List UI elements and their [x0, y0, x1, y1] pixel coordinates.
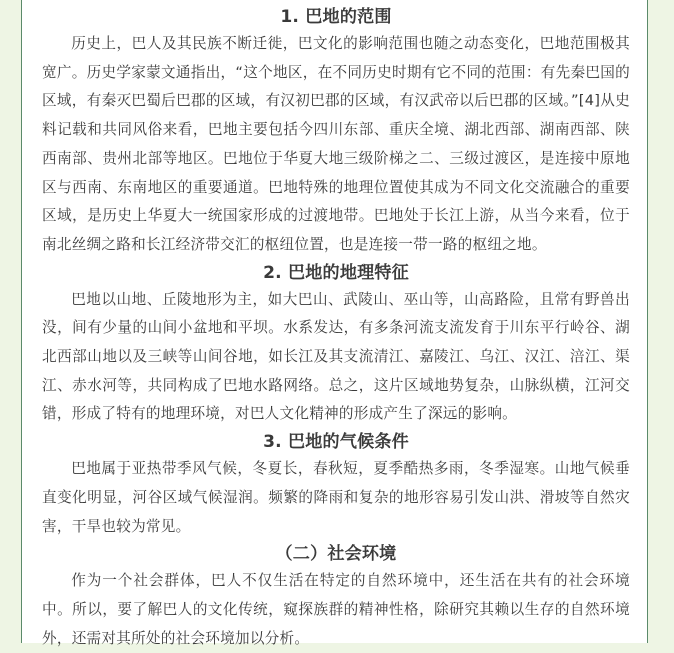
section-paragraph-climate: 巴地属于亚热带季风气候，冬夏长，春秋短，夏季酷热多雨，冬季湿寒。山地气候垂直变化… [42, 455, 630, 541]
section-heading-geography: 2. 巴地的地理特征 [42, 260, 630, 286]
section-heading-social-environment: （二）社会环境 [42, 541, 630, 567]
document-content: 1. 巴地的范围 历史上，巴人及其民族不断迁徙，巴文化的影响范围也随之动态变化，… [42, 4, 630, 643]
section-paragraph-social-environment: 作为一个社会群体，巴人不仅生活在特定的自然环境中，还生活在共有的社会环境中。所以… [42, 567, 630, 643]
section-paragraph-range: 历史上，巴人及其民族不断迁徙，巴文化的影响范围也随之动态变化，巴地范围极其宽广。… [42, 30, 630, 260]
document-page: 1. 巴地的范围 历史上，巴人及其民族不断迁徙，巴文化的影响范围也随之动态变化，… [21, 0, 648, 643]
section-paragraph-geography: 巴地以山地、丘陵地形为主，如大巴山、武陵山、巫山等，山高路险，且常有野兽出没，间… [42, 286, 630, 430]
section-heading-range: 1. 巴地的范围 [42, 4, 630, 30]
section-heading-climate: 3. 巴地的气候条件 [42, 429, 630, 455]
